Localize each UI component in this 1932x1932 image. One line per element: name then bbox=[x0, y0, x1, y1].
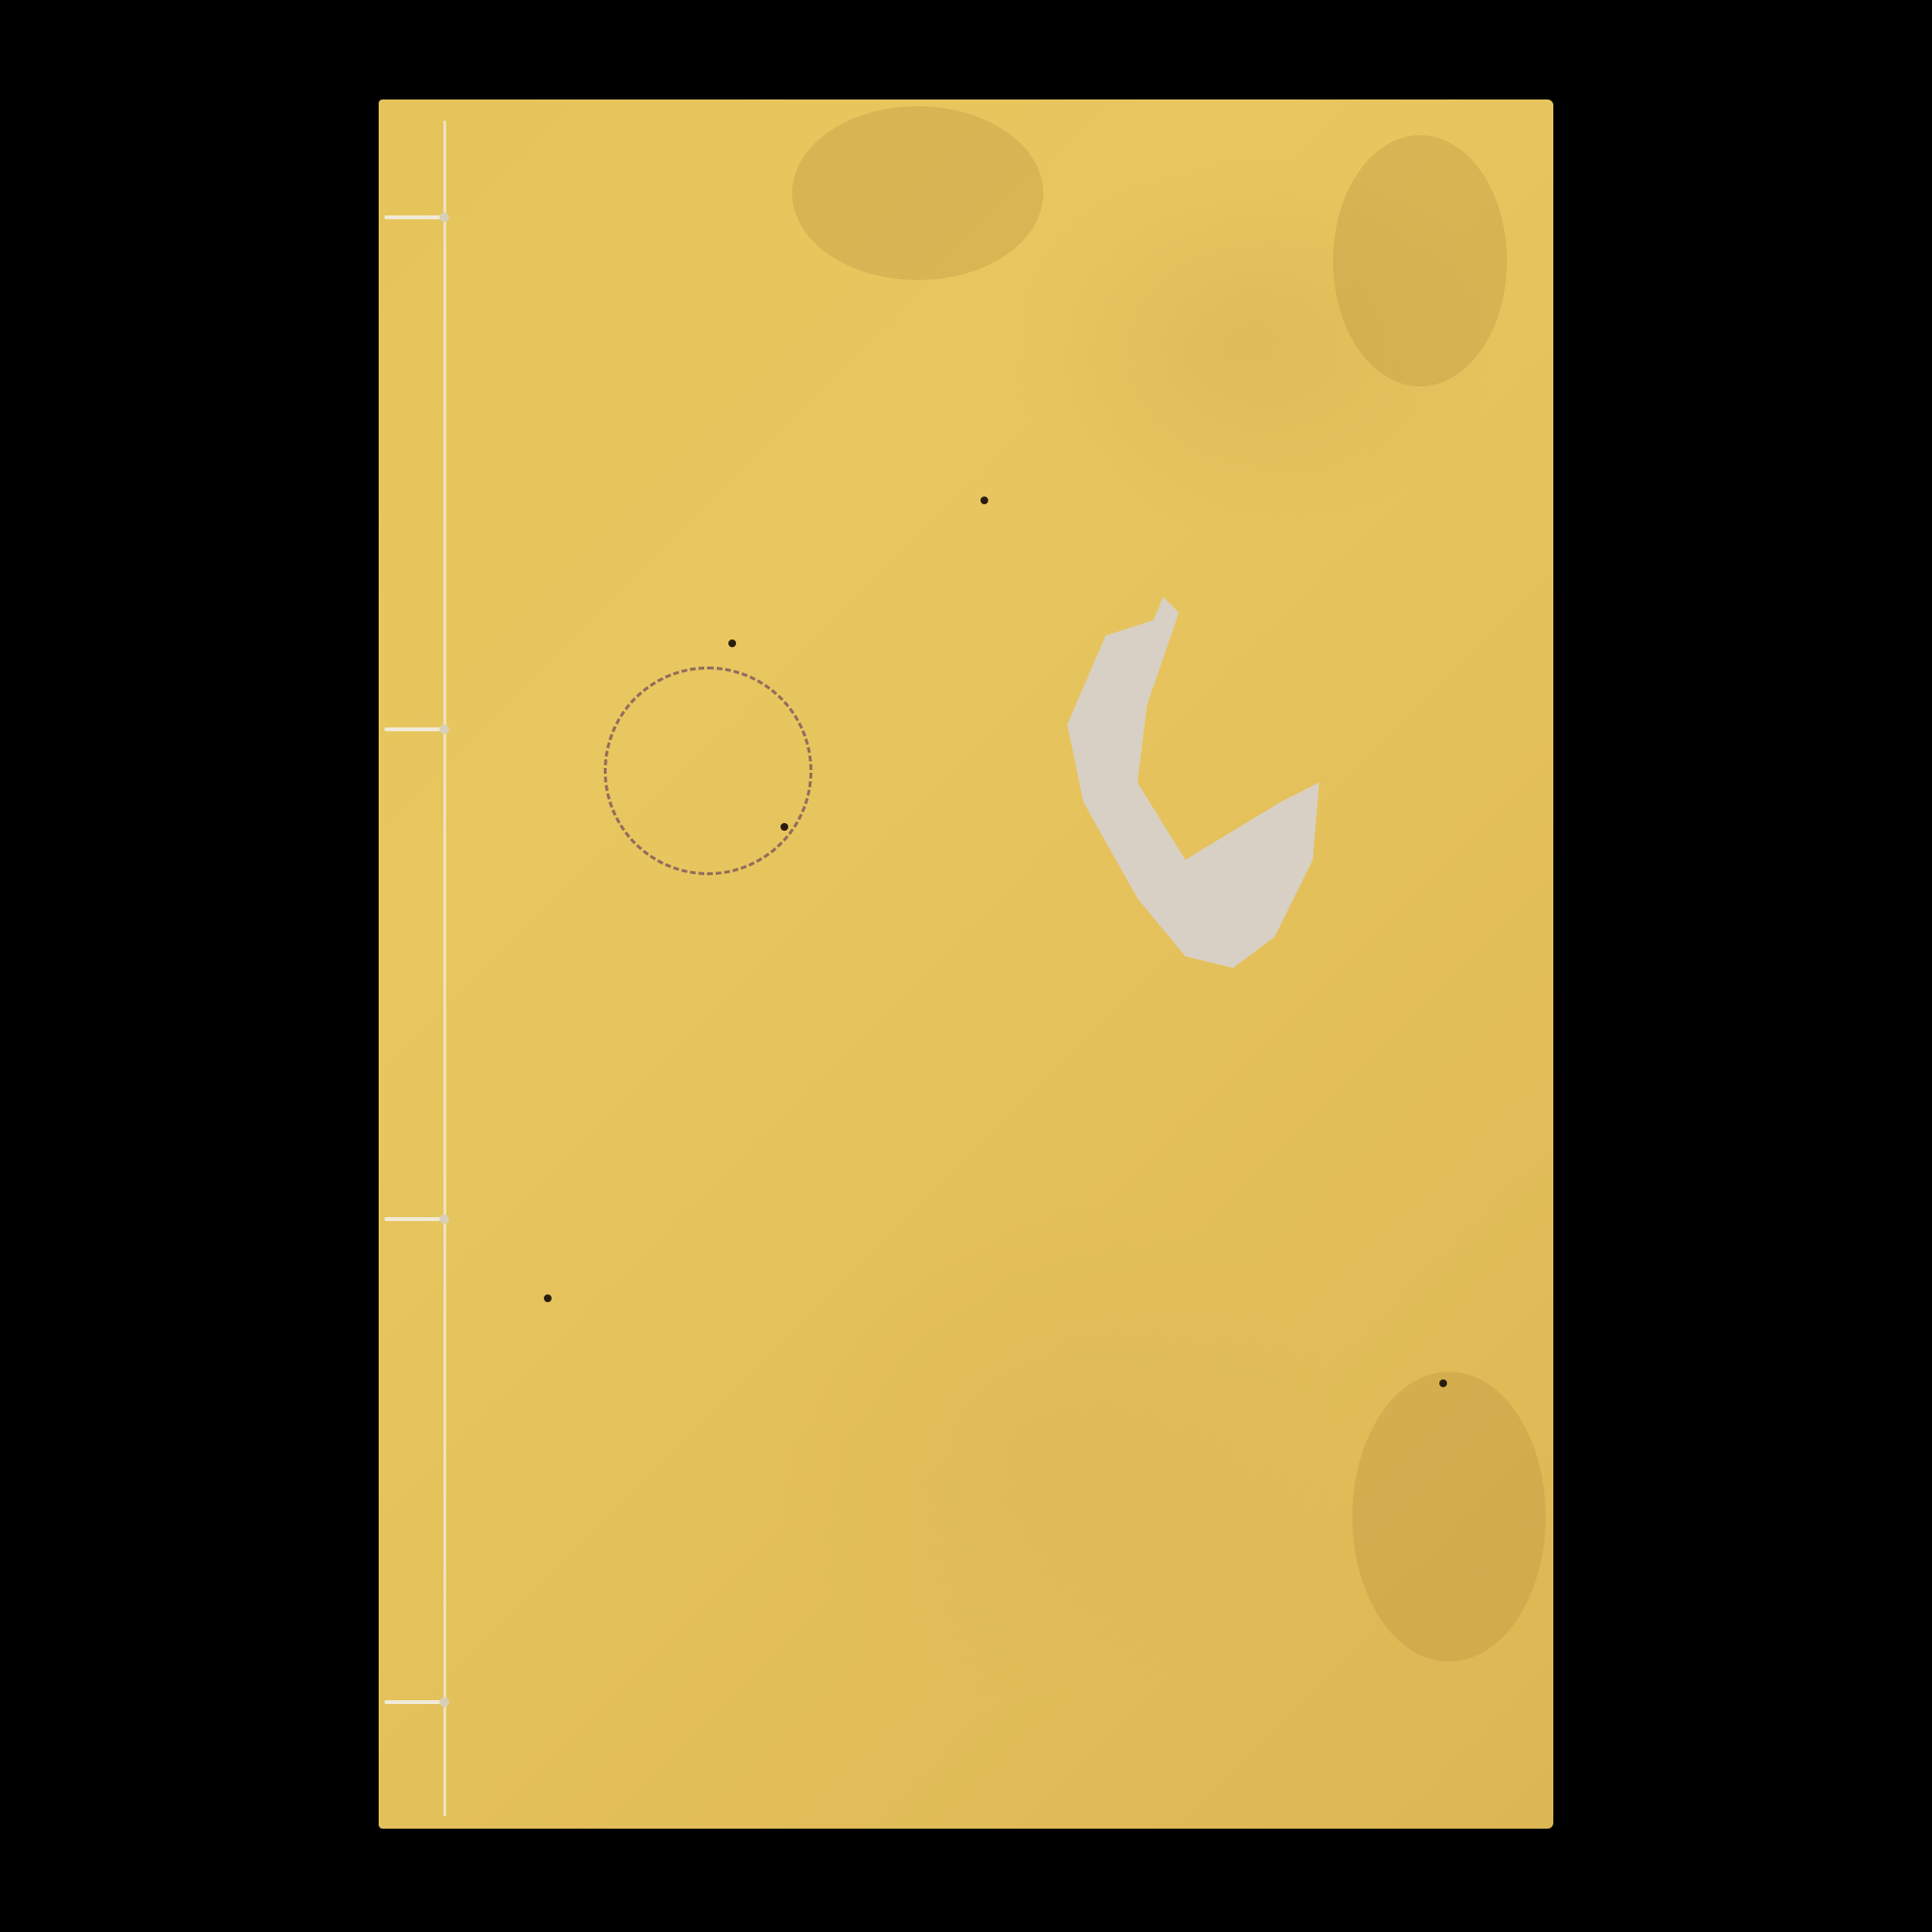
wormhole bbox=[1439, 1379, 1447, 1387]
thread-knot bbox=[440, 1214, 449, 1224]
thread-knot bbox=[440, 1697, 449, 1707]
thread-knot bbox=[440, 724, 449, 734]
binding-thread bbox=[443, 121, 446, 1816]
thread-knot bbox=[440, 213, 449, 222]
circular-stamp bbox=[604, 667, 812, 875]
stain bbox=[1333, 135, 1507, 386]
binding-stitch bbox=[384, 1217, 446, 1221]
binding-stitch bbox=[384, 727, 446, 731]
binding-stitch bbox=[384, 215, 446, 219]
binding-stitch bbox=[384, 1700, 446, 1704]
wormhole bbox=[781, 823, 788, 831]
stain bbox=[1352, 1372, 1546, 1662]
wormhole bbox=[728, 639, 736, 647]
stain bbox=[792, 106, 1043, 280]
wormhole bbox=[980, 497, 988, 504]
wormhole bbox=[544, 1294, 552, 1302]
